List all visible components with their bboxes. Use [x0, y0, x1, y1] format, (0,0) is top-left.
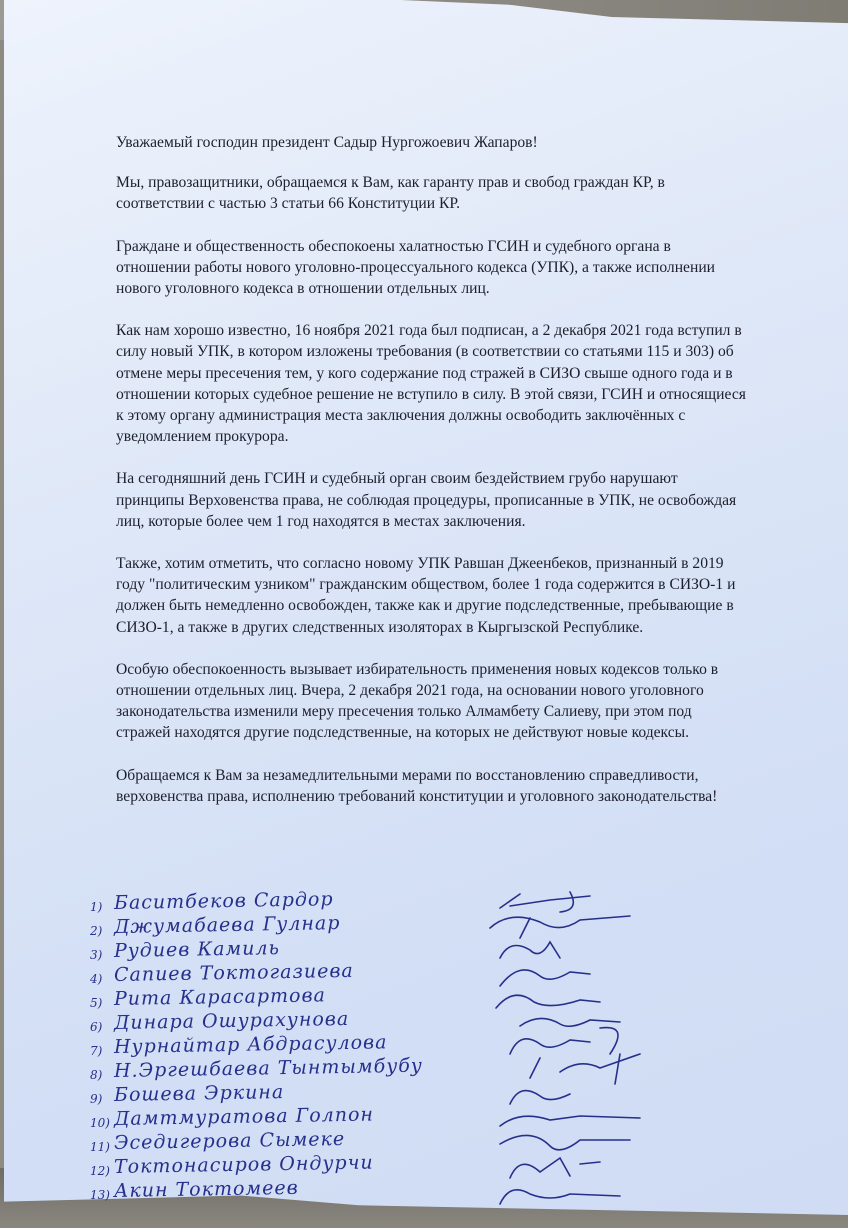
signature-row: 12)Токтонасиров Ондурчи [90, 1156, 730, 1180]
handwritten-signature-icon [490, 1058, 630, 1084]
signature-row: 3)Рудиев Камиль [90, 940, 730, 964]
signature-list: 1)Баситбеков Сардор2)Джумабаева Гулнар3)… [90, 892, 730, 1204]
signature-name: Джумабаева Гулнар [114, 912, 341, 938]
handwritten-signature-icon [490, 914, 630, 940]
handwritten-signature-icon [490, 1154, 630, 1180]
signature-name: Баситбеков Сардор [114, 888, 334, 914]
signature-number: 11) [90, 1140, 110, 1154]
signature-number: 7) [90, 1044, 102, 1058]
signature-name: Рита Карасартова [114, 984, 326, 1010]
handwritten-signature-icon [490, 938, 630, 964]
paragraph-2: Граждане и общественность обеспокоены ха… [116, 236, 746, 300]
salutation: Уважаемый господин президент Садыр Нурго… [116, 132, 746, 153]
handwritten-signature-icon [490, 1010, 630, 1036]
signature-name: Рудиев Камиль [114, 937, 280, 962]
handwritten-signature-icon [490, 1106, 630, 1132]
signature-number: 3) [90, 948, 102, 962]
signature-number: 8) [90, 1068, 102, 1082]
signature-row: 13)Акин Токтомеев [90, 1180, 730, 1204]
signature-row: 10)Дамтмуратова Голпон [90, 1108, 730, 1132]
signature-number: 4) [90, 972, 102, 986]
signature-number: 12) [90, 1164, 110, 1178]
paragraph-5: Также, хотим отметить, что согласно ново… [116, 553, 746, 638]
handwritten-signature-icon [490, 1178, 630, 1204]
signature-row: 1)Баситбеков Сардор [90, 892, 730, 916]
paragraph-3: Как нам хорошо известно, 16 ноября 2021 … [116, 320, 746, 447]
signature-name: Акин Токтомеев [114, 1177, 299, 1202]
signature-row: 4)Сапиев Токтогазиева [90, 964, 730, 988]
signature-number: 9) [90, 1092, 102, 1106]
signature-name: Токтонасиров Ондурчи [114, 1151, 374, 1178]
signature-number: 1) [90, 900, 102, 914]
signature-name: Нурнайтар Абдрасулова [114, 1031, 388, 1058]
paragraph-6: Особую обеспокоенность вызывает избирате… [116, 659, 746, 744]
paragraph-4: На сегодняшний день ГСИН и судебный орга… [116, 468, 746, 532]
paragraph-1: Мы, правозащитники, обращаемся к Вам, ка… [116, 172, 746, 214]
letter-body: Уважаемый господин президент Садыр Нурго… [116, 132, 746, 807]
signature-row: 8)Н.Эргешбаева Тынтымбубу [90, 1060, 730, 1084]
handwritten-signature-icon [490, 1130, 630, 1156]
handwritten-signature-icon [490, 986, 630, 1012]
signature-name: Сапиев Токтогазиева [114, 960, 354, 986]
signature-number: 5) [90, 996, 102, 1010]
signature-number: 2) [90, 924, 102, 938]
signature-row: 5)Рита Карасартова [90, 988, 730, 1012]
handwritten-signature-icon [490, 1034, 630, 1060]
signature-name: Н.Эргешбаева Тынтымбубу [114, 1055, 423, 1082]
signature-name: Динара Ошурахунова [114, 1008, 350, 1034]
signature-row: 11)Эседигерова Сымеке [90, 1132, 730, 1156]
handwritten-signature-icon [490, 962, 630, 988]
signature-name: Дамтмуратова Голпон [114, 1103, 374, 1130]
signature-row: 2)Джумабаева Гулнар [90, 916, 730, 940]
signature-number: 13) [90, 1188, 110, 1202]
signature-number: 6) [90, 1020, 102, 1034]
closing-paragraph: Обращаемся к Вам за незамедлительными ме… [116, 765, 746, 807]
signature-name: Бошева Эркина [114, 1081, 285, 1106]
signature-name: Эседигерова Сымеке [114, 1128, 346, 1154]
handwritten-signature-icon [490, 1082, 630, 1108]
signature-row: 9)Бошева Эркина [90, 1084, 730, 1108]
signature-number: 10) [90, 1116, 110, 1130]
handwritten-signature-icon [490, 890, 630, 916]
signature-row: 6)Динара Ошурахунова [90, 1012, 730, 1036]
